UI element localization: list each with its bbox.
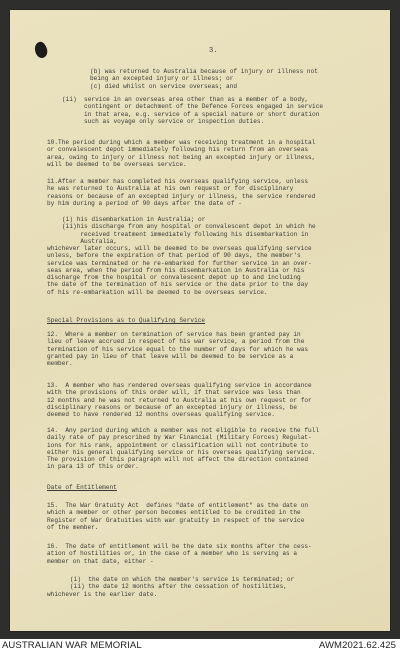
item-ii: (ii) service in an overseas area other t… <box>62 96 323 125</box>
paragraph-16-end: whichever is the earlier date. <box>47 591 157 598</box>
heading-special-provisions: Special Provisions as to Qualifying Serv… <box>47 317 205 324</box>
paragraph-14: 14. Any period during which a member was… <box>47 427 319 471</box>
paragraph-16-list: (i) the date on which the member's servi… <box>70 576 294 591</box>
accession-number: AWM2021.62.425 <box>319 640 396 651</box>
page-number: 3. <box>209 48 217 55</box>
paragraph-10: 10.The period during which a member was … <box>47 139 315 168</box>
paragraph-11-continued: whichever later occurs, will be deemed t… <box>47 245 312 296</box>
paragraph-11: 11.After a member has completed his over… <box>47 178 315 207</box>
item-b: (b) was returned to Australia because of… <box>90 68 318 83</box>
ink-stain <box>32 40 50 60</box>
document-page: 3. (b) was returned to Australia because… <box>10 10 390 631</box>
paragraph-13: 13. A member who has rendered overseas q… <box>47 382 312 418</box>
paragraph-11-list: (i) his disembarkation in Australia; or(… <box>62 216 316 245</box>
heading-date-of-entitlement: Date of Entitlement <box>47 484 117 491</box>
paragraph-12: 12. Where a member on termination of ser… <box>47 331 308 367</box>
item-c: (c) died whilst on service overseas; and <box>90 83 237 90</box>
archive-caption: AUSTRALIAN WAR MEMORIAL <box>2 640 142 651</box>
paragraph-16: 16. The date of entitlement will be the … <box>47 543 312 565</box>
paragraph-15: 15. The War Gratuity Act defines "date o… <box>47 502 308 531</box>
